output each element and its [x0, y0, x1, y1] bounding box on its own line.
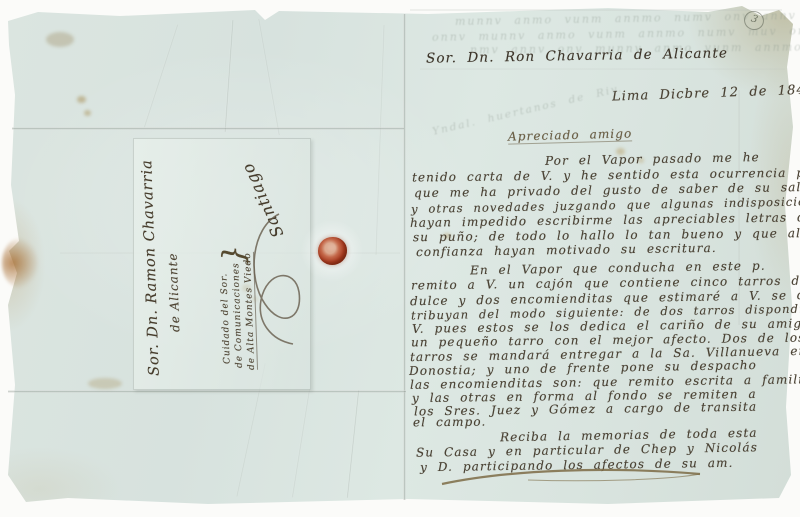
wax-seal	[318, 237, 347, 265]
stain	[84, 110, 91, 116]
address-care-of-line: Cuidado del Sor.	[219, 273, 232, 365]
stain	[77, 96, 86, 103]
address-panel: Sor. Dn. Ramon Chavarria de Alicante Cui…	[133, 138, 311, 390]
center-fold-crease	[403, 14, 406, 500]
letter-scan: munnv anmo vunm annmo numv onv annv onnv…	[0, 0, 800, 517]
body-line: el campo.	[413, 415, 487, 430]
horizontal-fold-crease	[12, 127, 404, 130]
address-line: de Alicante	[166, 252, 183, 332]
horizontal-fold-crease	[420, 68, 785, 70]
rubric-flourish	[438, 462, 718, 492]
address-name-line: Sor. Dn. Ramon Chavarria	[139, 159, 163, 376]
stain	[88, 378, 122, 389]
stain	[2, 238, 38, 288]
horizontal-fold-crease	[8, 390, 406, 393]
stain	[46, 32, 74, 47]
address-flourish-loop	[241, 208, 311, 348]
